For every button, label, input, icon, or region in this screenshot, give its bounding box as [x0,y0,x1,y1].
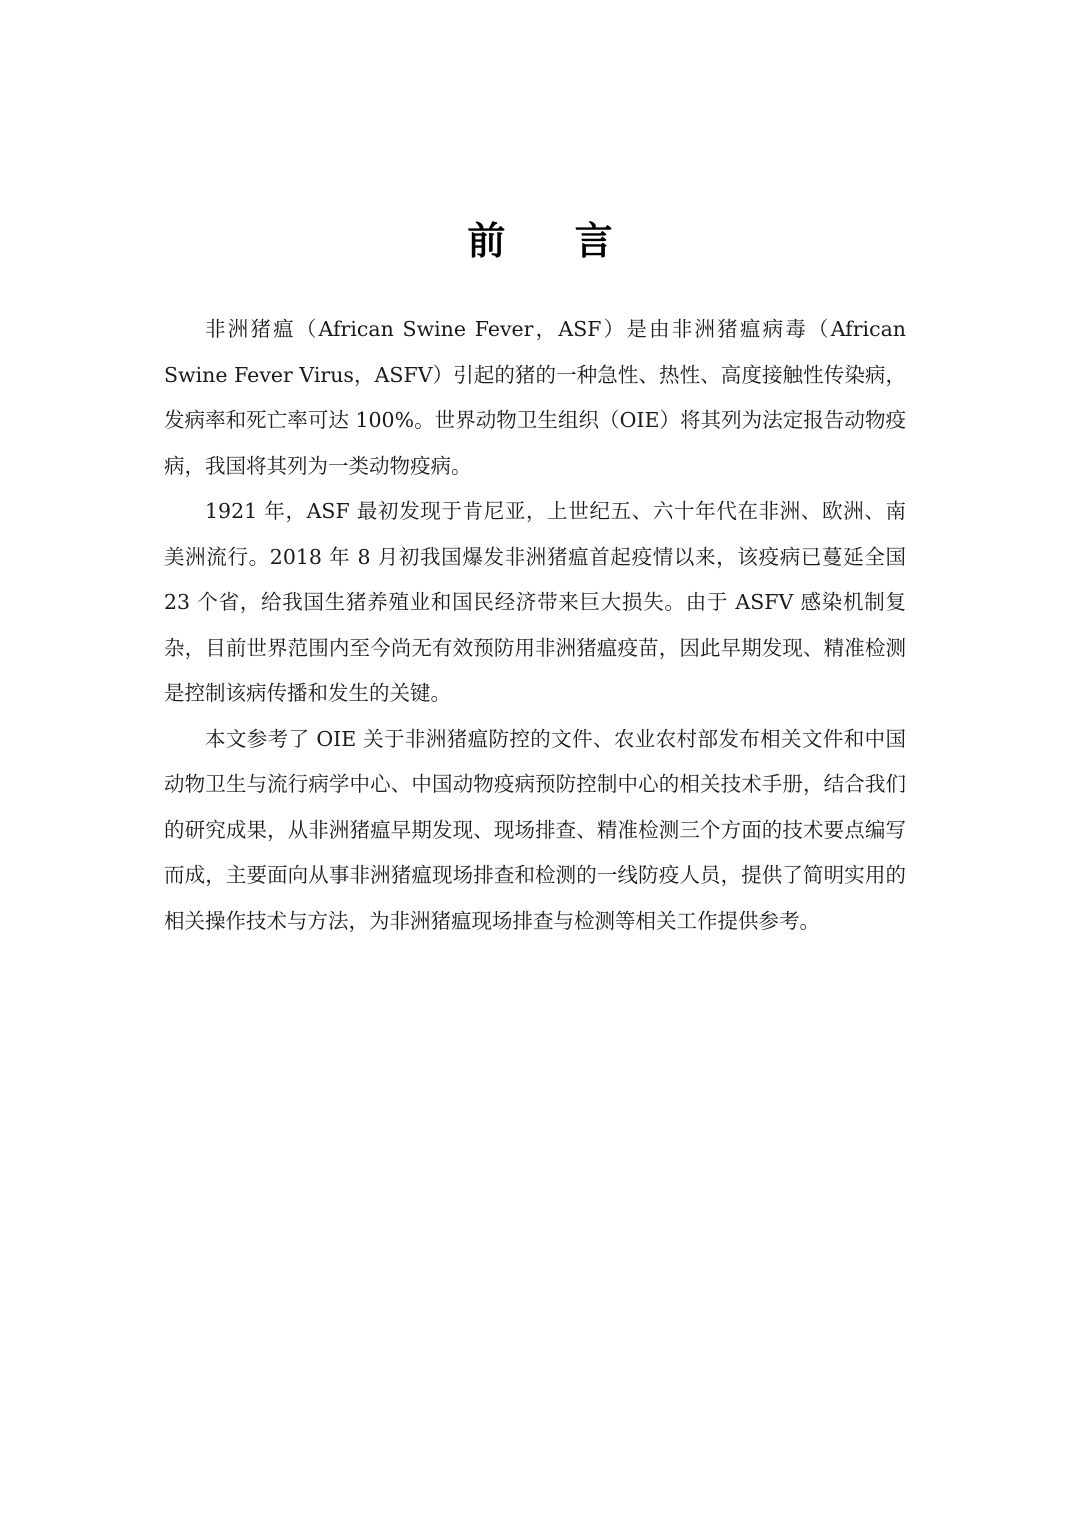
page-title: 前 言 [0,213,1080,269]
paragraph-history: 1921 年，ASF 最初发现于肯尼亚，上世纪五、六十年代在非洲、欧洲、南美洲流… [164,489,906,717]
preface-body: 非洲猪瘟（African Swine Fever，ASF）是由非洲猪瘟病毒（Af… [164,307,906,944]
paragraph-purpose: 本文参考了 OIE 关于非洲猪瘟防控的文件、农业农村部发布相关文件和中国动物卫生… [164,717,906,945]
paragraph-intro: 非洲猪瘟（African Swine Fever，ASF）是由非洲猪瘟病毒（Af… [164,307,906,489]
document-page: 前 言 非洲猪瘟（African Swine Fever，ASF）是由非洲猪瘟病… [0,0,1080,1527]
